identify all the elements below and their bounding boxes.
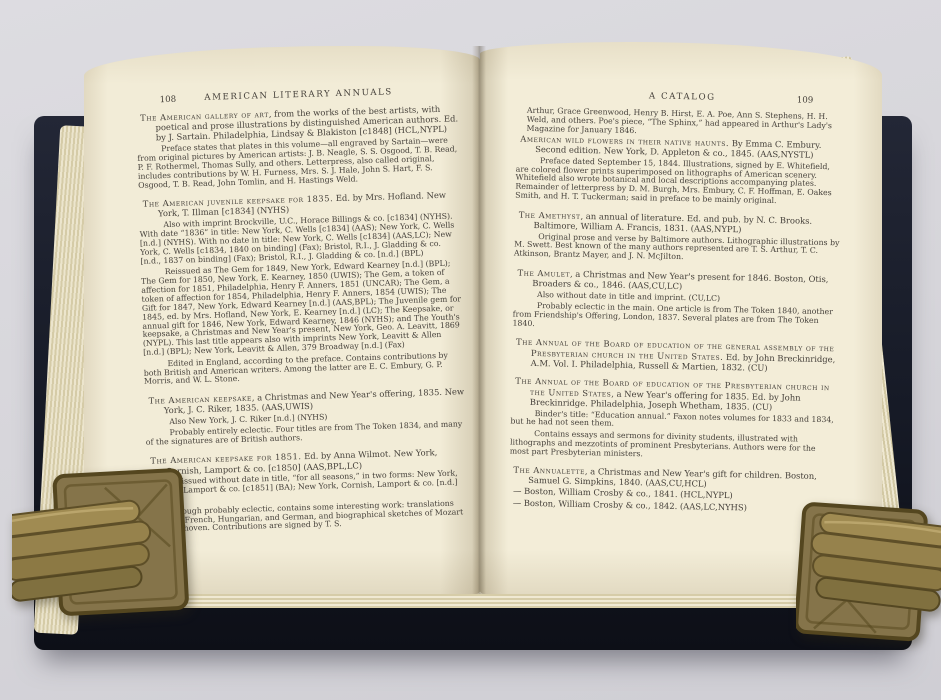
entry-note: Also with imprint Brockville, U.C., Hora… <box>139 212 462 266</box>
left-running-head: AMERICAN LITERARY ANNUALS <box>204 87 393 103</box>
left-page-number: 108 <box>160 95 177 105</box>
catalog-entry: The American juvenile keepsake for 1835.… <box>143 189 466 387</box>
entry-title: The Amulet <box>517 267 570 278</box>
right-page-number: 109 <box>797 95 814 105</box>
right-page-entries: American wild flowers in their native ha… <box>513 133 843 514</box>
catalog-entry: The Amulet, a Christmas and New Year's p… <box>516 267 839 335</box>
entry-title: The Annualette <box>513 465 585 476</box>
entry-note: Preface states that plates in this volum… <box>137 136 460 190</box>
catalog-entry: The Annual of the Board of education of … <box>514 376 838 463</box>
right-page-header: A CATALOG 109 <box>521 89 843 108</box>
catalog-entry: The American gallery of art, from the wo… <box>140 103 460 190</box>
entry-note: Reissued as The Gem for 1849, New York, … <box>141 259 466 358</box>
left-page-header: 108 AMERICAN LITERARY ANNUALS <box>140 85 458 106</box>
entry-heading: The Annual of the Board of education of … <box>515 376 838 413</box>
entry-note: Preface dated September 15, 1844. Illust… <box>515 156 842 207</box>
photo-background: 108 AMERICAN LITERARY ANNUALS The Americ… <box>0 0 941 700</box>
catalog-entry: The Annual of the Board of education of … <box>516 337 839 374</box>
entry-title: The American juvenile keepsake for 1835. <box>143 193 334 209</box>
right-running-head: A CATALOG <box>649 91 716 102</box>
catalog-entry: The Amethyst, an annual of literature. E… <box>518 209 841 265</box>
catalog-entry: The American keepsake, a Christmas and N… <box>148 386 467 448</box>
entry-title: The American keepsake <box>148 392 252 405</box>
entry-note: Probably eclectic in the main. One artic… <box>512 302 838 336</box>
entry-note: Original prose and verse by Baltimore au… <box>514 232 840 266</box>
catalog-entry: The American keepsake for 1851. Ed. by A… <box>150 447 470 535</box>
catalog-entry: The Annualette, a Christmas and New Year… <box>513 465 836 515</box>
entry-title: The Annual of the Board of education of … <box>515 376 830 398</box>
right-page-text: A CATALOG 109 Arthur, Grace Greenwood, H… <box>513 89 844 515</box>
entry-title: The American gallery of art <box>140 109 269 123</box>
brass-page-weight-right <box>796 492 941 648</box>
book-spine-gutter <box>472 46 486 594</box>
entry-title: The Annual of the Board of education of … <box>516 337 834 362</box>
entry-note: Contains essays and sermons for divinity… <box>510 429 836 463</box>
entry-heading: The Annual of the Board of education of … <box>516 337 839 374</box>
brass-page-weight-left <box>12 462 194 626</box>
catalog-entry: American wild flowers in their native ha… <box>519 133 842 207</box>
entry-title: The Amethyst <box>519 209 581 220</box>
